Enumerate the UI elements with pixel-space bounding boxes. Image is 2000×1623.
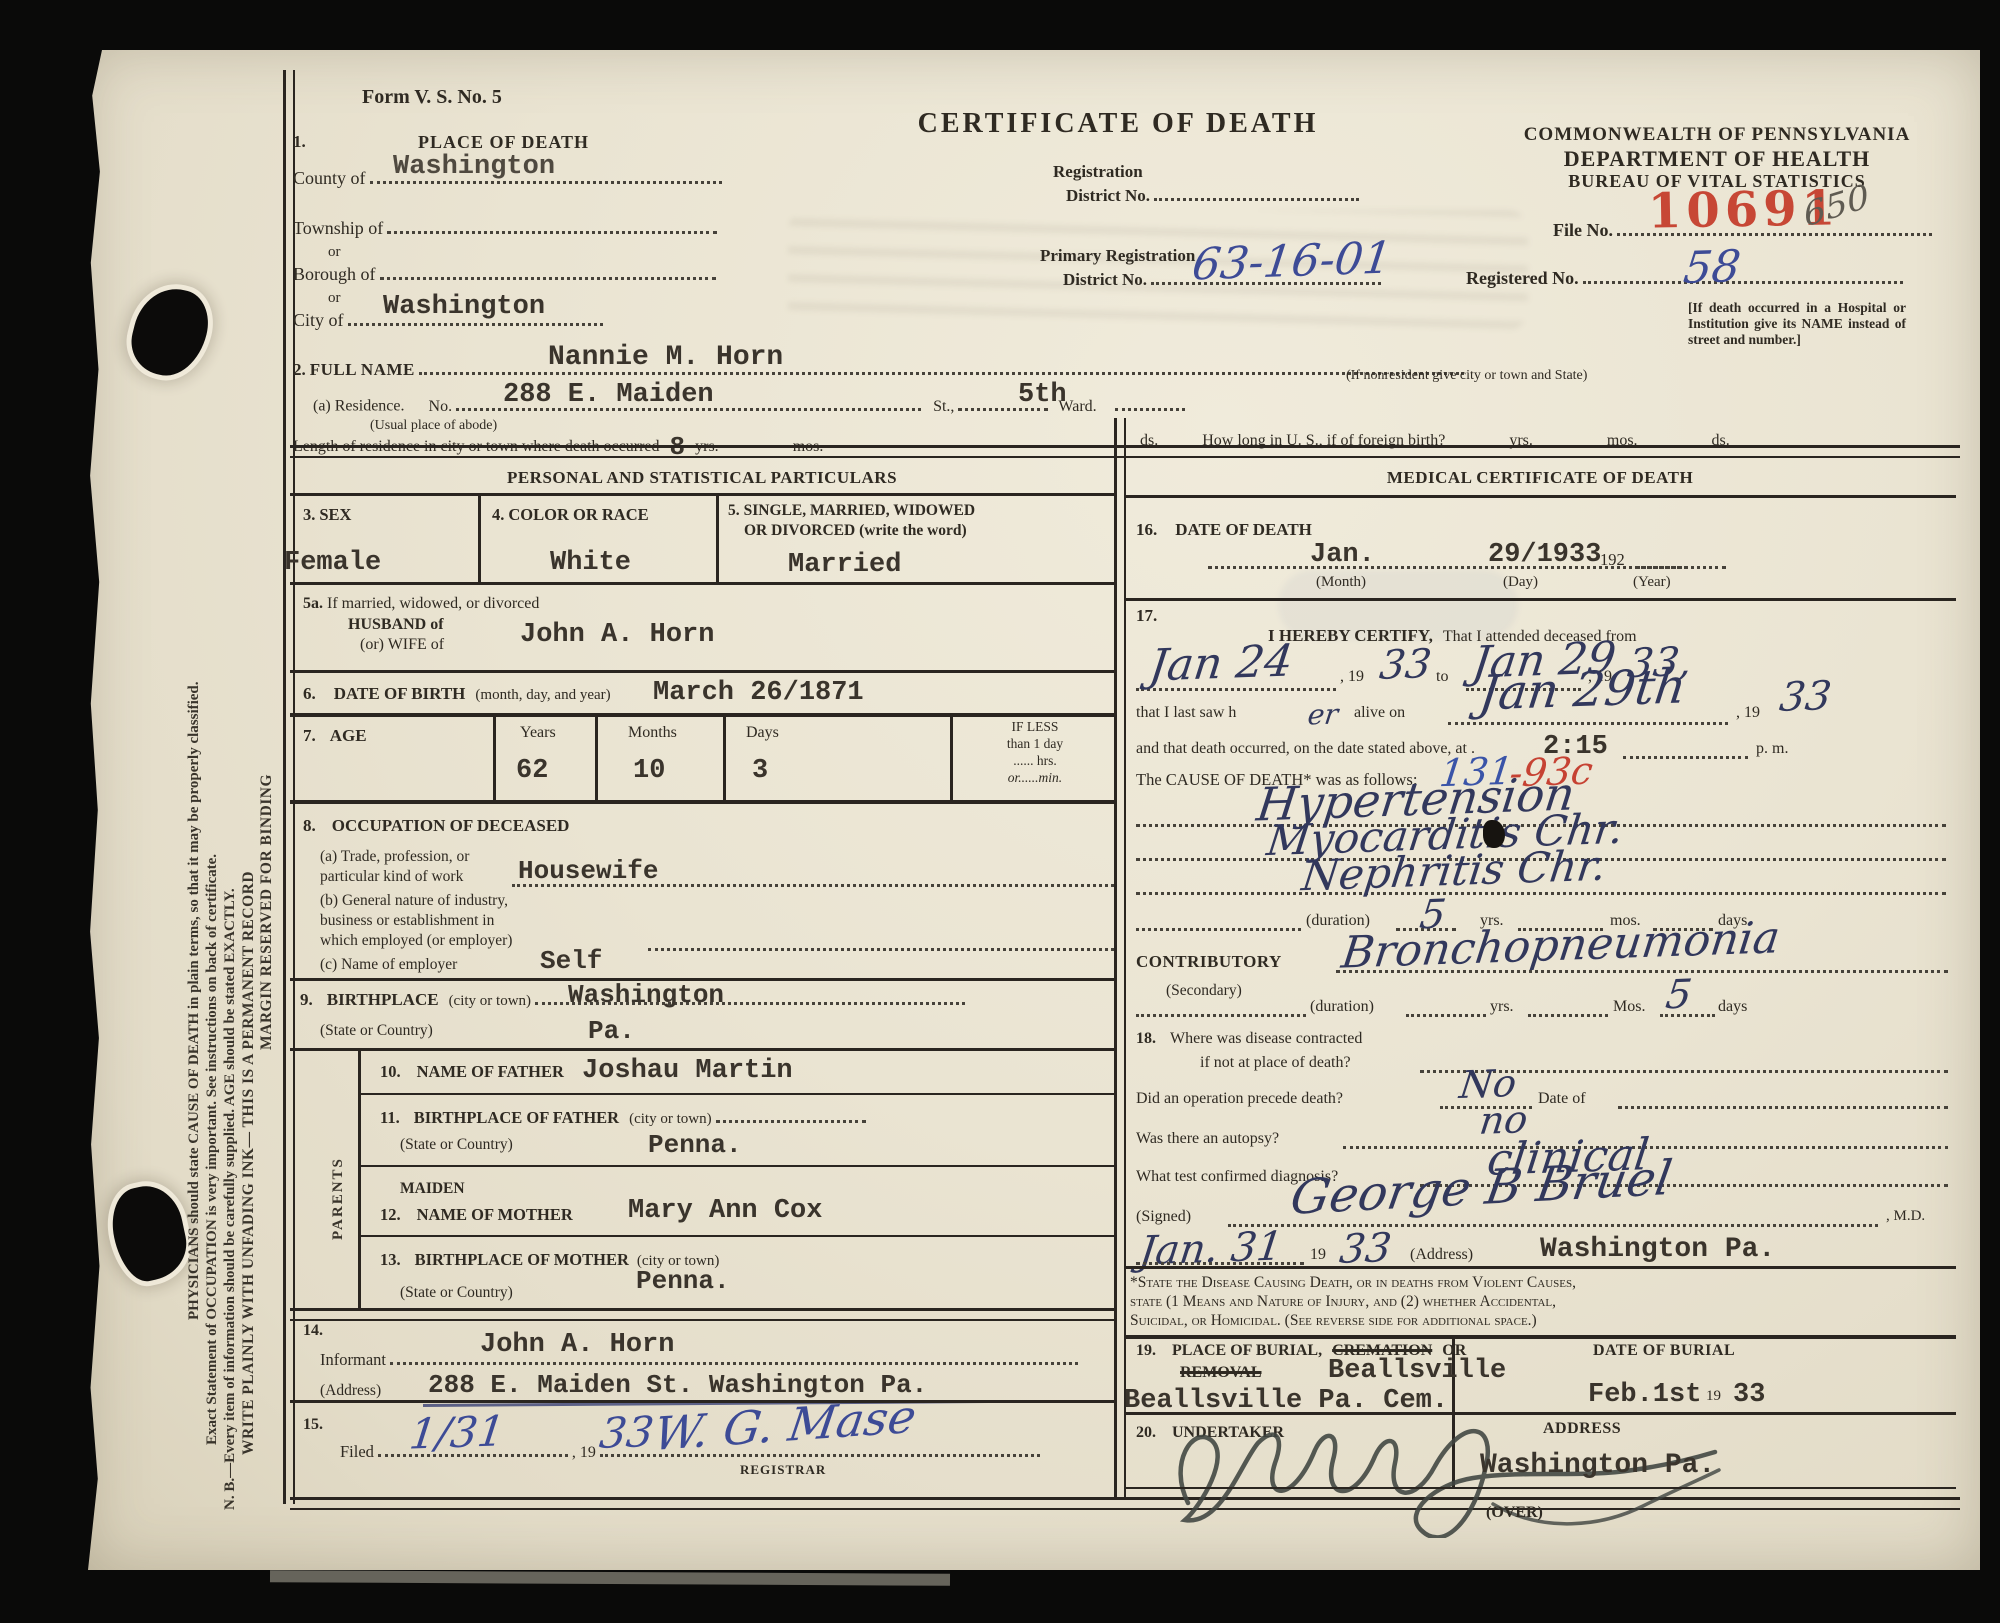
occupation-a-value: Housewife (518, 856, 658, 886)
father-value: Joshau Martin (582, 1056, 793, 1086)
ward-value: 5th (1018, 380, 1067, 410)
filed-number: 15. (303, 1416, 323, 1434)
primary-district-label: District No. (1063, 270, 1147, 289)
section1-number: 1. (293, 132, 306, 152)
burial-number: 19. (1136, 1342, 1156, 1359)
age-days-label: Days (746, 724, 779, 742)
divider (290, 582, 1114, 585)
spouse-label-line2: HUSBAND of (348, 616, 444, 634)
occupation-c-label: (c) Name of employer (320, 956, 457, 974)
divider (290, 1400, 1114, 1403)
secondary-label: (Secondary) (1166, 982, 1242, 1000)
full-name-value: Nannie M. Horn (548, 342, 783, 373)
occupation-a-line1: (a) Trade, profession, or (320, 848, 469, 866)
saw-year-prefix: , 19 (1736, 704, 1760, 722)
age-less-line4: or......min. (960, 769, 1110, 786)
alive-on-label: alive on (1354, 704, 1405, 722)
duration2-days-value: 5 (1663, 972, 1694, 1019)
registration-district-label: District No. (1066, 186, 1150, 205)
signed-address-value: Washington Pa. (1540, 1234, 1775, 1265)
scanned-photo: PHYSICIANS should state CAUSE OF DEATH i… (0, 0, 2000, 1623)
hospital-note: [If death occurred in a Hospital or Inst… (1688, 300, 1906, 348)
race-cell: 4. COLOR OR RACE (492, 505, 649, 525)
occupation-heading-row: 8. OCCUPATION OF DECEASED (303, 816, 569, 836)
age-months-value: 10 (633, 756, 665, 786)
signed-address-label: (Address) (1410, 1246, 1473, 1264)
dotted-line (1136, 1262, 1304, 1265)
full-name-label: FULL NAME (310, 360, 415, 379)
date-of-burial-value: Feb.1st (1588, 1380, 1701, 1410)
divider (950, 713, 953, 800)
section2-number: 2. (293, 360, 306, 379)
dotted-line (390, 1350, 1078, 1365)
from-year-value: 33 (1377, 641, 1434, 689)
divider (358, 1093, 1114, 1095)
undertaker-address-value: Washington Pa. (1480, 1450, 1715, 1481)
divider (1124, 598, 1956, 601)
place-of-death-heading: PLACE OF DEATH (418, 132, 589, 153)
medical-heading: MEDICAL CERTIFICATE OF DEATH (1124, 468, 1956, 488)
footnote-line2: state (1 Means and Nature of Injury, and… (1130, 1293, 1556, 1311)
dotted-line (1623, 756, 1748, 759)
dob-value: March 26/1871 (653, 678, 864, 708)
dotted-line (1154, 186, 1359, 201)
saw-year-value: 33 (1777, 673, 1834, 721)
county-row: County of Washington (293, 168, 722, 189)
divider (595, 713, 598, 800)
last-saw-label: that I last saw h (1136, 704, 1236, 722)
dotted-line (1618, 1106, 1948, 1109)
divider (1124, 1335, 1956, 1339)
physician-signature: George B Bruel (1287, 1150, 1676, 1226)
divider (1124, 1487, 1956, 1489)
divider (358, 1235, 1114, 1237)
margin-note: Exact Statement of OCCUPATION is very im… (204, 854, 221, 1445)
dotted-line (380, 265, 716, 280)
age-less-line2: than 1 day (960, 735, 1110, 752)
dob-label: DATE OF BIRTH (334, 684, 466, 703)
township-label: Township of (293, 218, 383, 238)
father-birthplace-number: 11. (380, 1108, 400, 1127)
occupation-heading: OCCUPATION OF DECEASED (332, 816, 570, 835)
parents-bracket-rule (358, 1048, 361, 1310)
divider (290, 493, 1114, 496)
informant-address-label: (Address) (320, 1382, 381, 1400)
paper-sliver (270, 1570, 950, 1586)
undertaker-address-label: ADDRESS (1543, 1420, 1621, 1438)
marital-number: 5. (728, 502, 740, 519)
dotted-line (1528, 1014, 1608, 1017)
race-value: White (550, 548, 631, 578)
dotted-line (1136, 928, 1301, 931)
birthplace-state-label: (State or Country) (320, 1022, 433, 1040)
township-row: Township of (293, 218, 717, 239)
primary-registration-label: Primary Registration (1040, 246, 1195, 266)
contributory-label: CONTRIBUTORY (1136, 952, 1282, 972)
dotted-line (1406, 1014, 1486, 1017)
spouse-number: 5a. (303, 595, 323, 612)
operation-date-label: Date of (1538, 1090, 1586, 1108)
marital-value: Married (788, 550, 901, 580)
form-left-rule (283, 70, 295, 1504)
mother-birthplace-label: BIRTHPLACE OF MOTHER (415, 1250, 629, 1269)
duration2-label: (duration) (1310, 998, 1374, 1016)
age-months-label: Months (628, 724, 677, 742)
agency-line2: DEPARTMENT OF HEALTH (1512, 146, 1922, 172)
burial-removal-struck: REMOVAL (1180, 1364, 1262, 1382)
certificate-paper: PHYSICIANS should state CAUSE OF DEATH i… (88, 50, 1980, 1570)
dotted-line (1636, 566, 1726, 569)
city-value: Washington (383, 292, 545, 322)
contributory-value: Bronchopneumonia (1339, 912, 1783, 978)
full-name-row: 2. FULL NAME Nannie M. Horn (293, 360, 1464, 380)
death-day-value: 29/1933 (1488, 540, 1601, 570)
dotted-line (387, 219, 717, 234)
or-word: or (328, 244, 341, 261)
filed-year-prefix: , 19 (572, 1444, 596, 1461)
margin-note: MARGIN RESERVED FOR BINDING (258, 774, 276, 1050)
divider (358, 1165, 1114, 1167)
divider (723, 713, 726, 800)
age-years-value: 62 (516, 756, 548, 786)
document-title: CERTIFICATE OF DEATH (903, 108, 1333, 140)
mother-birthplace-state-label: (State or Country) (400, 1284, 513, 1302)
q18-row: 18. Where was disease contracted (1136, 1030, 1362, 1048)
father-birthplace-state-label: (State or Country) (400, 1136, 513, 1154)
margin-note: PHYSICIANS should state CAUSE OF DEATH i… (186, 681, 203, 1320)
city-label: City of (293, 310, 344, 330)
date-of-death-number: 16. (1136, 520, 1157, 539)
age-less-line3: ...... hrs. (960, 752, 1110, 769)
nonresident-note: (If nonresident give city or town and St… (1346, 368, 1587, 384)
pm-label: p. m. (1756, 740, 1788, 758)
md-label: , M.D. (1886, 1208, 1925, 1225)
death-day-caption: (Day) (1503, 574, 1538, 591)
mother-label: NAME OF MOTHER (417, 1205, 573, 1224)
duration2-days-label: days (1718, 998, 1747, 1016)
mother-value: Mary Ann Cox (628, 1196, 822, 1226)
dotted-line (1660, 1014, 1715, 1017)
occupation-c-value: Self (540, 946, 602, 976)
race-label: COLOR OR RACE (508, 505, 648, 524)
divider (290, 713, 1114, 717)
borough-row: Borough of (293, 264, 716, 285)
divider (493, 713, 496, 800)
father-row: 10. NAME OF FATHER (380, 1062, 564, 1082)
agency-line1: COMMONWEALTH OF PENNSYLVANIA (1512, 124, 1922, 146)
autopsy-label: Was there an autopsy? (1136, 1130, 1279, 1148)
date-of-burial-label: DATE OF BURIAL (1593, 1342, 1735, 1360)
dob-note: (month, day, and year) (475, 687, 610, 703)
divider (290, 1308, 1114, 1321)
spouse-label-line1: If married, widowed, or divorced (327, 595, 539, 612)
street-suffix-label: St., (933, 398, 954, 415)
to-word: to (1436, 668, 1448, 686)
marital-cell: 5. SINGLE, MARRIED, WIDOWED (728, 502, 975, 520)
personal-heading: PERSONAL AND STATISTICAL PARTICULARS (290, 468, 1114, 488)
marital-label-line2: OR DIVORCED (write the word) (744, 522, 967, 540)
divider (478, 493, 481, 582)
burial-year-value: 33 (1733, 1380, 1765, 1410)
dotted-line (716, 1108, 866, 1123)
occupation-b-line1: (b) General nature of industry, (320, 892, 508, 910)
father-birthplace-label: BIRTHPLACE OF FATHER (414, 1108, 619, 1127)
occupation-number: 8. (303, 816, 316, 835)
age-years-label: Years (520, 724, 556, 742)
certify-number: 17. (1136, 606, 1157, 626)
age-cell: 7. AGE (303, 726, 367, 746)
sex-number: 3. (303, 505, 315, 524)
divider (1124, 1266, 1956, 1269)
form-number: Form V. S. No. 5 (362, 86, 502, 109)
father-birthplace-row: 11. BIRTHPLACE OF FATHER (city or town) (380, 1108, 866, 1128)
death-occurred-label: and that death occurred, on the date sta… (1136, 740, 1475, 758)
informant-label: Informant (320, 1350, 386, 1369)
birthplace-number: 9. (300, 990, 313, 1009)
informant-number: 14. (303, 1322, 323, 1340)
footnote-line3: Suicidal, or Homicidal. (See reverse sid… (1130, 1312, 1537, 1330)
dob-row: 6. DATE OF BIRTH (month, day, and year) (303, 684, 611, 704)
mother-birthplace-value: Penna. (636, 1266, 730, 1296)
dotted-line (1115, 396, 1185, 411)
sex-label: SEX (319, 505, 351, 524)
divider (290, 800, 1114, 804)
divider (290, 670, 1114, 673)
race-number: 4. (492, 505, 504, 524)
divider (1124, 495, 1956, 498)
mother-row: 12. NAME OF MOTHER (380, 1205, 573, 1225)
burial-year-prefix: 19 (1706, 1388, 1721, 1405)
divider (290, 1048, 1114, 1051)
attended-from-value: Jan 24 (1147, 636, 1296, 692)
saw-her-value: er (1306, 697, 1340, 731)
margin-note: N. B.—Every item of information should b… (222, 888, 239, 1510)
residence-no-label: No. (429, 398, 453, 415)
informant-row: Informant (320, 1350, 1078, 1370)
filed-label: Filed (340, 1442, 374, 1461)
sex-value: Female (284, 548, 381, 578)
borough-label: Borough of (293, 264, 376, 284)
operation-label: Did an operation precede death? (1136, 1090, 1343, 1108)
over-label: (OVER) (1486, 1504, 1543, 1522)
dotted-line (1583, 269, 1903, 284)
father-number: 10. (380, 1062, 401, 1081)
footnote-line1: *State the Disease Causing Death, or in … (1130, 1274, 1576, 1292)
registration-district-row: District No. (1066, 186, 1359, 206)
dotted-line (1136, 892, 1946, 895)
burial-place-typed: Beallsville (1328, 1356, 1506, 1386)
maiden-label: MAIDEN (400, 1180, 465, 1198)
mother-number: 12. (380, 1205, 401, 1224)
spouse-label-line3: (or) WIFE of (360, 636, 444, 654)
age-number: 7. (303, 726, 316, 745)
date-of-death-label: DATE OF DEATH (1175, 520, 1312, 539)
margin-note: WRITE PLAINLY WITH UNFADING INK— THIS IS… (240, 871, 258, 1455)
duration2-yrs-label: yrs. (1490, 998, 1514, 1016)
age-label: AGE (330, 726, 367, 745)
birthplace-note: (city or town) (449, 993, 531, 1009)
father-birthplace-value: Penna. (648, 1130, 742, 1160)
registered-no-value: 58 (1681, 241, 1744, 294)
divider (716, 493, 719, 582)
last-saw-date-value: Jan 29th (1476, 658, 1689, 721)
father-label: NAME OF FATHER (417, 1062, 564, 1081)
signed-label: (Signed) (1136, 1208, 1191, 1226)
age-less-line1: IF LESS (960, 718, 1110, 735)
death-year-prefix: 192 (1600, 550, 1625, 570)
age-if-less-cell: IF LESS than 1 day ...... hrs. or......m… (960, 718, 1110, 786)
dob-number: 6. (303, 684, 316, 703)
sex-cell: 3. SEX (303, 505, 351, 525)
county-label: County of (293, 168, 366, 188)
registrar-label: REGISTRAR (740, 1462, 826, 1478)
age-days-value: 3 (752, 756, 768, 786)
city-row: City of Washington (293, 310, 603, 331)
or-word: or (328, 290, 341, 307)
parents-label: PARENTS (330, 1157, 347, 1240)
q18-line1: Where was disease contracted (1170, 1030, 1362, 1047)
dotted-line (1228, 1224, 1878, 1227)
county-value: Washington (393, 152, 555, 182)
occupation-b-line2: business or establishment in (320, 912, 494, 930)
undertaker-number: 20. (1136, 1424, 1156, 1441)
spouse-value: John A. Horn (520, 620, 714, 650)
burial-label1: PLACE OF BURIAL, (1172, 1342, 1322, 1359)
birthplace-value: Washington (568, 980, 724, 1010)
residence-row: (a) Residence. No. St., Ward. 288 E. Mai… (313, 396, 1185, 416)
spouse-row: 5a. If married, widowed, or divorced (303, 595, 539, 613)
torn-edge (88, 50, 102, 1570)
death-year-caption: (Year) (1633, 574, 1671, 591)
dotted-line (1136, 1014, 1306, 1017)
date-of-death-row: 16. DATE OF DEATH (1136, 520, 1312, 540)
registration-label: Registration (1053, 162, 1143, 182)
dotted-line (1448, 722, 1728, 725)
q18-line2: if not at place of death? (1200, 1054, 1351, 1072)
from-year-prefix: , 19 (1340, 668, 1364, 686)
marital-label-line1: SINGLE, MARRIED, WIDOWED (744, 502, 975, 519)
signature-stroke (1181, 1431, 1715, 1537)
dotted-line (648, 948, 1114, 951)
primary-district-value: 63-16-01 (1189, 233, 1394, 291)
birthplace-label: BIRTHPLACE (327, 990, 439, 1009)
mother-birthplace-number: 13. (380, 1250, 401, 1269)
file-no-label: File No. (1553, 220, 1613, 240)
duration2-mos-label: Mos. (1613, 998, 1645, 1016)
occupation-b-line3: which employed (or employer) (320, 932, 512, 950)
q18-number: 18. (1136, 1030, 1156, 1047)
death-month-value: Jan. (1310, 540, 1375, 570)
punch-hole (124, 281, 215, 384)
street-value: 288 E. Maiden (503, 380, 714, 410)
birthplace-state-value: Pa. (588, 1016, 635, 1046)
residence-label: (a) Residence. (313, 398, 405, 415)
punch-hole (105, 1180, 193, 1286)
occupation-a-line2: particular kind of work (320, 868, 463, 886)
father-birthplace-note: (city or town) (629, 1111, 711, 1127)
signed-year-prefix: 19 (1310, 1246, 1326, 1264)
filed-year-value: 33 (597, 1407, 657, 1458)
death-month-caption: (Month) (1316, 574, 1366, 591)
filed-date-value: 1/31 (407, 1406, 508, 1458)
registered-no-label: Registered No. (1466, 268, 1579, 288)
